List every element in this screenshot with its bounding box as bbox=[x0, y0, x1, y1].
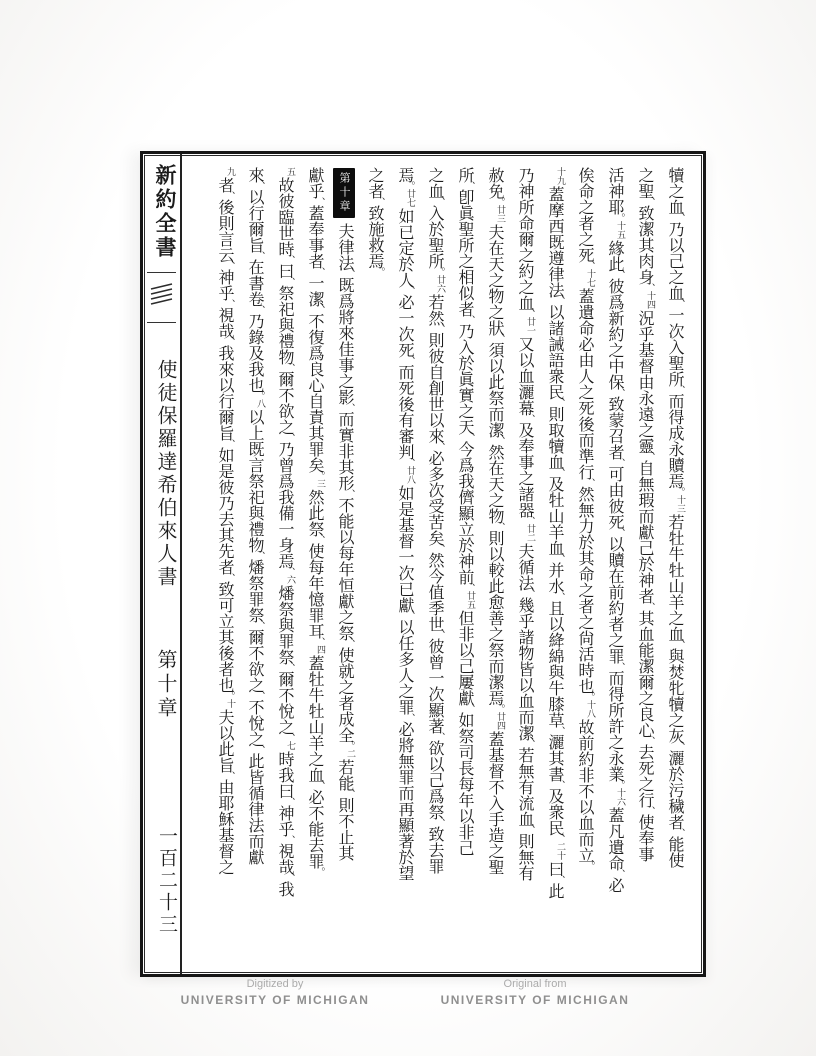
punctuation-mark: 、 bbox=[663, 299, 693, 309]
punctuation-mark: 、 bbox=[213, 439, 243, 449]
digitized-by-label: Digitized by bbox=[165, 978, 385, 990]
verse-number: 廿一 bbox=[526, 317, 535, 335]
work-title: 新約全書 bbox=[143, 164, 180, 260]
punctuation-mark: 、 bbox=[333, 789, 363, 799]
punctuation-mark: 、 bbox=[423, 442, 453, 452]
chapter-stamp: 第十章 bbox=[333, 168, 355, 218]
margin-separator bbox=[147, 272, 176, 273]
punctuation-mark: 、 bbox=[603, 270, 633, 280]
margin-separator bbox=[147, 322, 176, 323]
punctuation-mark: 、 bbox=[453, 315, 483, 325]
original-from-block: Original from UNIVERSITY OF MICHIGAN bbox=[425, 978, 645, 1007]
punctuation-mark: 、 bbox=[543, 296, 573, 306]
text-column: 之聖、致潔其肉身、十四況乎基督由永遠之靈、自無瑕而獻己於神者、其血能潔爾之良心、… bbox=[629, 167, 659, 961]
verse-number: 廿五 bbox=[466, 591, 475, 609]
verse-number: 六 bbox=[286, 575, 295, 584]
verse-number: 三 bbox=[316, 479, 325, 488]
digitization-footer: Digitized by UNIVERSITY OF MICHIGAN Orig… bbox=[0, 978, 816, 1024]
punctuation-mark: 、 bbox=[213, 191, 243, 201]
punctuation-mark: 、 bbox=[633, 602, 663, 612]
punctuation-mark: 、 bbox=[483, 334, 513, 344]
punctuation-mark: 。 bbox=[573, 861, 603, 871]
punctuation-mark: 、 bbox=[663, 742, 693, 752]
punctuation-mark: 、 bbox=[303, 305, 333, 315]
punctuation-mark: 、 bbox=[423, 544, 453, 554]
punctuation-mark: 、 bbox=[243, 691, 273, 701]
punctuation-mark: 、 bbox=[633, 452, 663, 462]
text-column: 九者、後則言云、神乎、視哉、我來以行爾旨、如是彼乃去其先者、致可立其後者也。十夫… bbox=[209, 167, 239, 961]
punctuation-mark: 、 bbox=[483, 436, 513, 446]
punctuation-mark: 、 bbox=[243, 181, 273, 191]
verse-number: 廿四 bbox=[496, 712, 505, 730]
punctuation-mark: 、 bbox=[633, 197, 663, 207]
book-title: 使徒保羅達希伯來人書 bbox=[143, 359, 180, 589]
punctuation-mark: 、 bbox=[273, 835, 303, 845]
punctuation-mark: 、 bbox=[333, 639, 363, 649]
punctuation-mark: 、 bbox=[303, 535, 333, 545]
punctuation-mark: 、 bbox=[543, 468, 573, 478]
punctuation-mark: 、 bbox=[423, 732, 453, 742]
punctuation-mark: 、 bbox=[663, 385, 693, 395]
digitized-by-institution: UNIVERSITY OF MICHIGAN bbox=[165, 993, 385, 1007]
punctuation-mark: 。 bbox=[363, 267, 393, 277]
text-column: 獻乎、蓋奉事者、一潔、不復爲良心自責其罪矣。三然此祭、使每年憶罪耳、四蓋牡牛牡山… bbox=[299, 167, 329, 961]
text-column: 赦免。廿三夫在天之物之狀、須以此祭而潔、然在天之物、則以較此愈善之祭而潔焉。廿四… bbox=[479, 167, 509, 961]
punctuation-mark: 、 bbox=[543, 875, 573, 885]
verse-number: 五 bbox=[286, 167, 295, 176]
punctuation-mark: 、 bbox=[603, 662, 633, 672]
punctuation-mark: 、 bbox=[453, 433, 483, 443]
punctuation-mark: 、 bbox=[243, 305, 273, 315]
punctuation-mark: 、 bbox=[303, 197, 333, 207]
verse-number: 九 bbox=[226, 167, 235, 176]
punctuation-mark: 、 bbox=[303, 781, 333, 791]
punctuation-mark: 、 bbox=[543, 554, 573, 564]
punctuation-mark: 、 bbox=[393, 286, 423, 296]
punctuation-mark: 、 bbox=[243, 745, 273, 755]
original-from-institution: UNIVERSITY OF MICHIGAN bbox=[425, 993, 645, 1007]
text-column: 之血、入於聖所。廿六若然、則彼自創世以來、必多次受苦矣、然今值季世、彼曾一次顯著… bbox=[419, 167, 449, 961]
punctuation-mark: 、 bbox=[663, 213, 693, 223]
margin-ornament-icon bbox=[150, 282, 173, 313]
punctuation-mark: 、 bbox=[213, 261, 243, 271]
punctuation-mark: 、 bbox=[603, 458, 633, 468]
punctuation-mark: 、 bbox=[393, 611, 423, 621]
verse-number: 七 bbox=[286, 741, 295, 750]
page-number: 一百二十三 bbox=[143, 826, 180, 936]
punctuation-mark: 、 bbox=[393, 713, 423, 723]
punctuation-mark: 、 bbox=[393, 356, 423, 366]
text-column: 乃神所命爾之約之血、廿一又以血灑幕、及奉事之諸器、廿二夫循法、幾乎諸物皆以血而潔… bbox=[509, 167, 539, 961]
original-from-label: Original from bbox=[425, 978, 645, 990]
text-column: 第十章夫律法、既爲將來佳事之影、而實非其形、不能以每年恒獻之祭、使就之者成全。二… bbox=[329, 167, 359, 961]
punctuation-mark: 、 bbox=[423, 630, 453, 640]
punctuation-mark: 、 bbox=[213, 337, 243, 347]
verse-number: 十六 bbox=[616, 788, 625, 806]
punctuation-mark: 、 bbox=[273, 255, 303, 265]
punctuation-mark: 、 bbox=[603, 869, 633, 879]
punctuation-mark: 、 bbox=[273, 363, 303, 373]
punctuation-mark: 、 bbox=[213, 299, 243, 309]
punctuation-mark: 、 bbox=[513, 414, 543, 424]
verse-number: 廿二 bbox=[526, 524, 535, 542]
punctuation-mark: 、 bbox=[333, 489, 363, 499]
punctuation-mark: 、 bbox=[273, 663, 303, 673]
punctuation-mark: 、 bbox=[273, 797, 303, 807]
page-frame: 新約全書 使徒保羅達希伯來人書 第十章 一百二十三 犢之血、乃以己之血、一次入聖… bbox=[140, 151, 706, 977]
punctuation-mark: 、 bbox=[423, 818, 453, 828]
punctuation-mark: 、 bbox=[273, 873, 303, 883]
scanned-page: 新約全書 使徒保羅達希伯來人書 第十章 一百二十三 犢之血、乃以己之血、一次入聖… bbox=[0, 0, 816, 1056]
verse-number: 二十 bbox=[556, 842, 565, 860]
punctuation-mark: 。 bbox=[303, 867, 333, 877]
punctuation-mark: 、 bbox=[663, 640, 693, 650]
punctuation-mark: 、 bbox=[513, 589, 543, 599]
punctuation-mark: 、 bbox=[603, 528, 633, 538]
punctuation-mark: 、 bbox=[633, 806, 663, 816]
text-column: 十九蓋摩西既遵律法、以諸誡語衆民、則取犢血、及牡山羊血、并水、且以絳綿與牛膝草、… bbox=[539, 167, 569, 961]
punctuation-mark: 、 bbox=[663, 828, 693, 838]
punctuation-mark: 、 bbox=[453, 704, 483, 714]
verse-number: 四 bbox=[316, 645, 325, 654]
punctuation-mark: 、 bbox=[423, 324, 453, 334]
punctuation-mark: 、 bbox=[543, 592, 573, 602]
verse-number: 十七 bbox=[586, 269, 595, 287]
verse-number: 十九 bbox=[556, 167, 565, 185]
text-column: 俟命之者之死、十七蓋遺命必由人之死後而準行、然無力於其命之者之尙活時也。十八故前… bbox=[569, 167, 599, 961]
punctuation-mark: 、 bbox=[513, 739, 543, 749]
verse-number: 十三 bbox=[676, 495, 685, 513]
text-column: 五故彼臨世時、曰、祭祀與禮物、爾不欲之、乃曾爲我備一身焉、六燔祭與罪祭、爾不悅之… bbox=[269, 167, 299, 961]
text-column: 活神耶。十五緣此、彼爲新約之中保、致蒙召者、可由彼死、以贖在前約者之罪、而得所許… bbox=[599, 167, 629, 961]
verse-number: 十八 bbox=[586, 700, 595, 718]
text-column: 之者、致施救焉。 bbox=[359, 167, 389, 961]
punctuation-mark: 、 bbox=[243, 551, 273, 561]
text-column: 犢之血、乃以己之血、一次入聖所、而得成永贖焉。十三若牡牛牡山羊之血、與焚牝犢之灰… bbox=[659, 167, 689, 961]
punctuation-mark: 、 bbox=[483, 522, 513, 532]
punctuation-mark: 、 bbox=[543, 780, 573, 790]
text-columns: 犢之血、乃以己之血、一次入聖所、而得成永贖焉。十三若牡牛牡山羊之血、與焚牝犢之灰… bbox=[191, 167, 689, 961]
digitized-by-block: Digitized by UNIVERSITY OF MICHIGAN bbox=[165, 978, 385, 1007]
punctuation-mark: 、 bbox=[243, 621, 273, 631]
chapter-label: 第十章 bbox=[143, 649, 180, 721]
verse-number: 廿六 bbox=[436, 275, 445, 293]
punctuation-mark: 、 bbox=[333, 403, 363, 413]
punctuation-mark: 、 bbox=[363, 197, 393, 207]
text-column: 來、以行爾旨、在書卷、乃錄及我也。八以上既言祭祀與禮物、燔祭罪祭、爾不欲之、不悅… bbox=[239, 167, 269, 961]
text-column: 焉。廿七如已定於人、必一次死、而死後有審判、廿八如是基督一次已獻、以任多人之罪、… bbox=[389, 167, 419, 961]
verse-number: 廿八 bbox=[406, 466, 415, 484]
punctuation-mark: 、 bbox=[333, 269, 363, 279]
verse-number: 廿三 bbox=[496, 205, 505, 223]
verse-number: 二 bbox=[346, 749, 355, 758]
text-column: 所、卽眞聖所之相似者、乃入於眞實之天、今爲我儕顯立於神前、廿五但非以己屢獻、如祭… bbox=[449, 167, 479, 961]
verse-number: 十 bbox=[226, 699, 235, 708]
punctuation-mark: 、 bbox=[633, 736, 663, 746]
verse-number: 十五 bbox=[616, 221, 625, 239]
margin-column: 新約全書 使徒保羅達希伯來人書 第十章 一百二十三 bbox=[143, 154, 182, 974]
punctuation-mark: 、 bbox=[273, 433, 303, 443]
punctuation-mark: 、 bbox=[243, 251, 273, 261]
verse-number: 十四 bbox=[646, 291, 655, 309]
punctuation-mark: 、 bbox=[273, 277, 303, 287]
punctuation-mark: 、 bbox=[213, 573, 243, 583]
punctuation-mark: 、 bbox=[543, 726, 573, 736]
verse-number: 八 bbox=[256, 399, 265, 408]
punctuation-mark: 、 bbox=[423, 197, 453, 207]
punctuation-mark: 、 bbox=[303, 267, 333, 277]
punctuation-mark: 、 bbox=[453, 181, 483, 191]
punctuation-mark: 、 bbox=[543, 398, 573, 408]
punctuation-mark: 、 bbox=[603, 388, 633, 398]
punctuation-mark: 、 bbox=[213, 771, 243, 781]
verse-number: 廿七 bbox=[406, 189, 415, 207]
punctuation-mark: 、 bbox=[573, 478, 603, 488]
punctuation-mark: 、 bbox=[513, 825, 543, 835]
